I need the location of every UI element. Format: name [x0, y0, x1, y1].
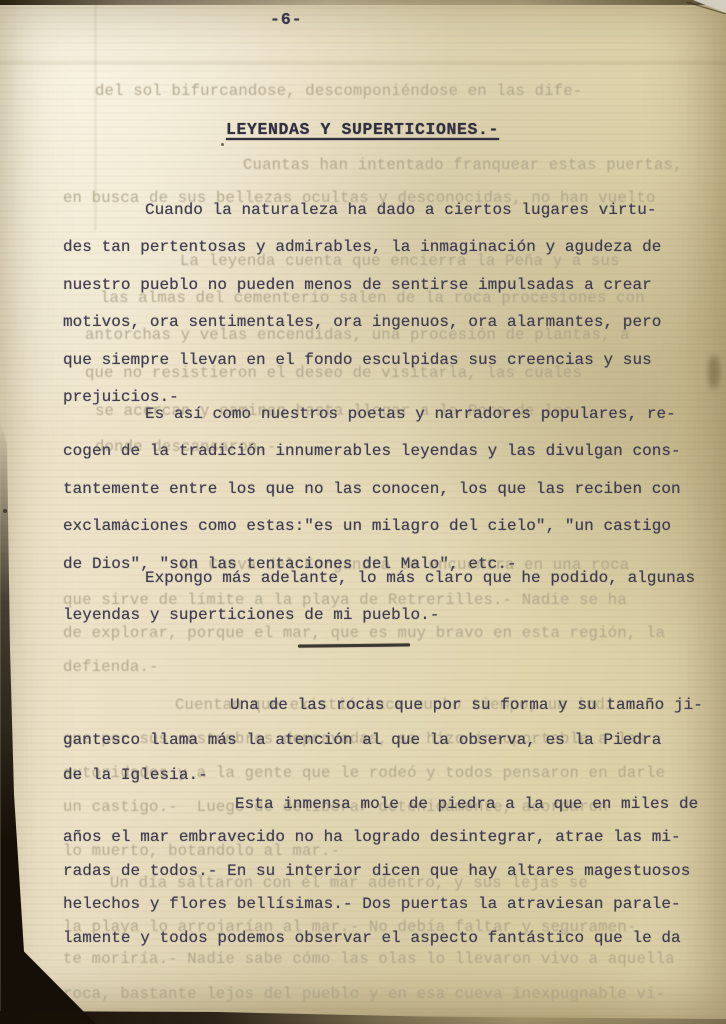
text-line: Cuando la naturaleza ha dado a ciertos l… — [63, 192, 678, 229]
text-line: des tan pertentosas y admirables, la inm… — [63, 229, 678, 266]
bleedthrough-text: del sol bifurcandose, descomponiéndose e… — [95, 82, 582, 100]
page-number: -6- — [270, 10, 303, 29]
text-line: helechos y flores bellísimas.- Dos puert… — [63, 888, 678, 921]
bleedthrough-text: defienda.- — [63, 658, 159, 676]
paper-smudge — [708, 355, 720, 389]
text-line: Esta inmensa mole de piedra a la que en … — [63, 788, 678, 821]
text-line: tantemente entre los que no las conocen,… — [63, 471, 678, 508]
text-line: exclamaciones como estas:"es un milagro … — [63, 508, 678, 545]
bleedthrough-text: Cuantas han intentado franquear estas pu… — [243, 156, 683, 174]
text-line: motivos, ora sentimentales, ora ingenuos… — [63, 304, 678, 341]
paragraph: Esta inmensa mole de piedra a la que en … — [63, 788, 678, 955]
text-line: gantesco llama más la atención al que la… — [63, 723, 678, 758]
text-line: cogen de la tradición innumerables leyen… — [63, 433, 678, 470]
paragraph: Expongo más adelante, lo más claro que h… — [63, 560, 678, 635]
text-line: radas de todos.- En su interior dicen qu… — [63, 855, 678, 888]
bleedthrough-text: roca, bastante lejos del pueblo y en esa… — [63, 985, 665, 1003]
ink-speck — [125, 519, 127, 521]
text-line: Es así como nuestros poetas y narradores… — [63, 396, 678, 433]
text-line: Una de las rocas que por su forma y su t… — [63, 688, 678, 723]
text-line: años el mar embravecido no ha logrado de… — [63, 821, 678, 854]
text-line: lamente y todos podemos observar el aspe… — [63, 922, 678, 955]
text-line: que siempre llevan en el fondo esculpida… — [63, 342, 678, 379]
photograph-of-page: del sol bifurcandose, descomponiéndose e… — [0, 0, 726, 1024]
text-line: nuestro pueblo no pueden menos de sentir… — [63, 267, 678, 304]
paper-corner-edge-line — [686, 2, 726, 14]
paragraph: Cuando la naturaleza ha dado a ciertos l… — [63, 192, 678, 416]
paper-top-edge — [0, 0, 726, 5]
text-line: leyendas y superticiones de mi pueblo.- — [63, 597, 678, 634]
page-title: LEYENDAS Y SUPERTICIONES.- — [226, 120, 499, 139]
ink-speck — [221, 143, 224, 146]
text-line: Expongo más adelante, lo más claro que h… — [63, 560, 678, 597]
paragraph: Una de las rocas que por su forma y su t… — [63, 688, 678, 793]
paragraph: Es así como nuestros poetas y narradores… — [63, 396, 678, 583]
